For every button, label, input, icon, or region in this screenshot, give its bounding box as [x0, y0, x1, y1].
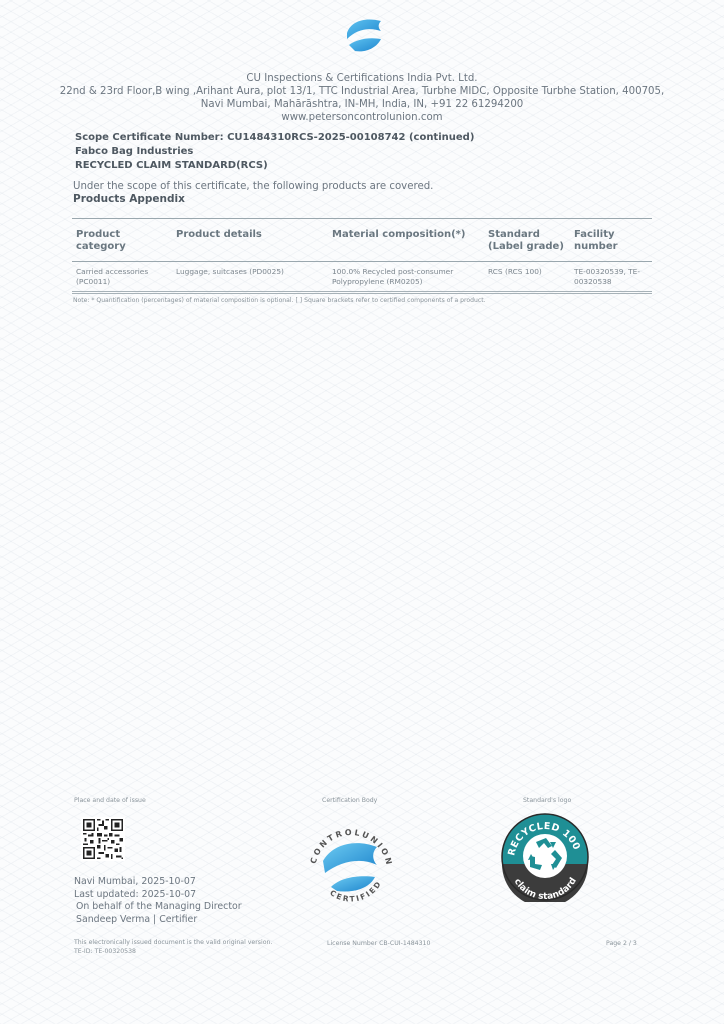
scope-info: Scope Certificate Number: CU1484310RCS-2… [75, 131, 474, 173]
validity-block: This electronically issued document is t… [74, 939, 272, 956]
controlunion-logo-icon [343, 13, 385, 55]
products-table-header: Product category Product details Materia… [72, 219, 652, 262]
certified-company: Fabco Bag Industries [75, 145, 474, 159]
issuer-address-line1: 22nd & 23rd Floor,B wing ,Arihant Aura, … [0, 85, 724, 98]
standards-logo-label: Standard's logo [523, 797, 571, 804]
issue-details: Navi Mumbai, 2025-10-07 Last updated: 20… [74, 876, 242, 926]
place-and-date: Navi Mumbai, 2025-10-07 [74, 876, 242, 889]
column-header-details: Product details [172, 219, 328, 262]
cell-details: Luggage, suitcases (PD0025) [172, 262, 328, 293]
issuer-website: www.petersoncontrolunion.com [0, 111, 724, 124]
recycled-claim-standard-logo-icon: RECYCLED 100 claim standard [500, 812, 590, 902]
on-behalf-text: On behalf of the Managing Director [74, 901, 242, 914]
table-row: Carried accessories (PC0011) Luggage, su… [72, 262, 652, 293]
column-header-composition: Material composition(*) [328, 219, 484, 262]
signatory-name: Sandeep Verma | Certifier [74, 914, 242, 927]
cell-category: Carried accessories (PC0011) [72, 262, 172, 293]
intro-text: Under the scope of this certificate, the… [73, 180, 433, 193]
cell-facility: TE-00320539, TE-00320538 [570, 262, 652, 293]
place-date-label: Place and date of issue [74, 797, 146, 804]
intro-section: Under the scope of this certificate, the… [73, 180, 433, 206]
cell-standard: RCS (RCS 100) [484, 262, 570, 293]
qr-code[interactable] [81, 817, 125, 861]
controlunion-certified-logo-icon: CONTROLUNION CERTIFIED [301, 815, 401, 915]
products-table: Product category Product details Materia… [72, 218, 652, 294]
last-updated: Last updated: 2025-10-07 [74, 889, 242, 902]
table-note: Note: * Quantification (percentages) of … [73, 297, 486, 304]
issuer-address-line2: Navi Mumbai, Mahārāshtra, IN-MH, India, … [0, 98, 724, 111]
certified-standard: RECYCLED CLAIM STANDARD(RCS) [75, 159, 474, 173]
cell-composition: 100.0% Recycled post-consumer Polypropyl… [328, 262, 484, 293]
page-number: Page 2 / 3 [606, 940, 637, 947]
certification-body-label: Certification Body [322, 797, 377, 804]
license-number: License Number CB-CUI-1484310 [327, 940, 430, 947]
certificate-number: Scope Certificate Number: CU1484310RCS-2… [75, 131, 474, 145]
column-header-standard: Standard (Label grade) [484, 219, 570, 262]
column-header-category: Product category [72, 219, 172, 262]
validity-note: This electronically issued document is t… [74, 939, 272, 948]
column-header-facility: Facility number [570, 219, 652, 262]
issuer-address-block: CU Inspections & Certifications India Pv… [0, 72, 724, 124]
issuer-company-name: CU Inspections & Certifications India Pv… [0, 72, 724, 85]
products-appendix-heading: Products Appendix [73, 193, 433, 206]
te-id: TE-ID: TE-00320538 [74, 948, 272, 957]
